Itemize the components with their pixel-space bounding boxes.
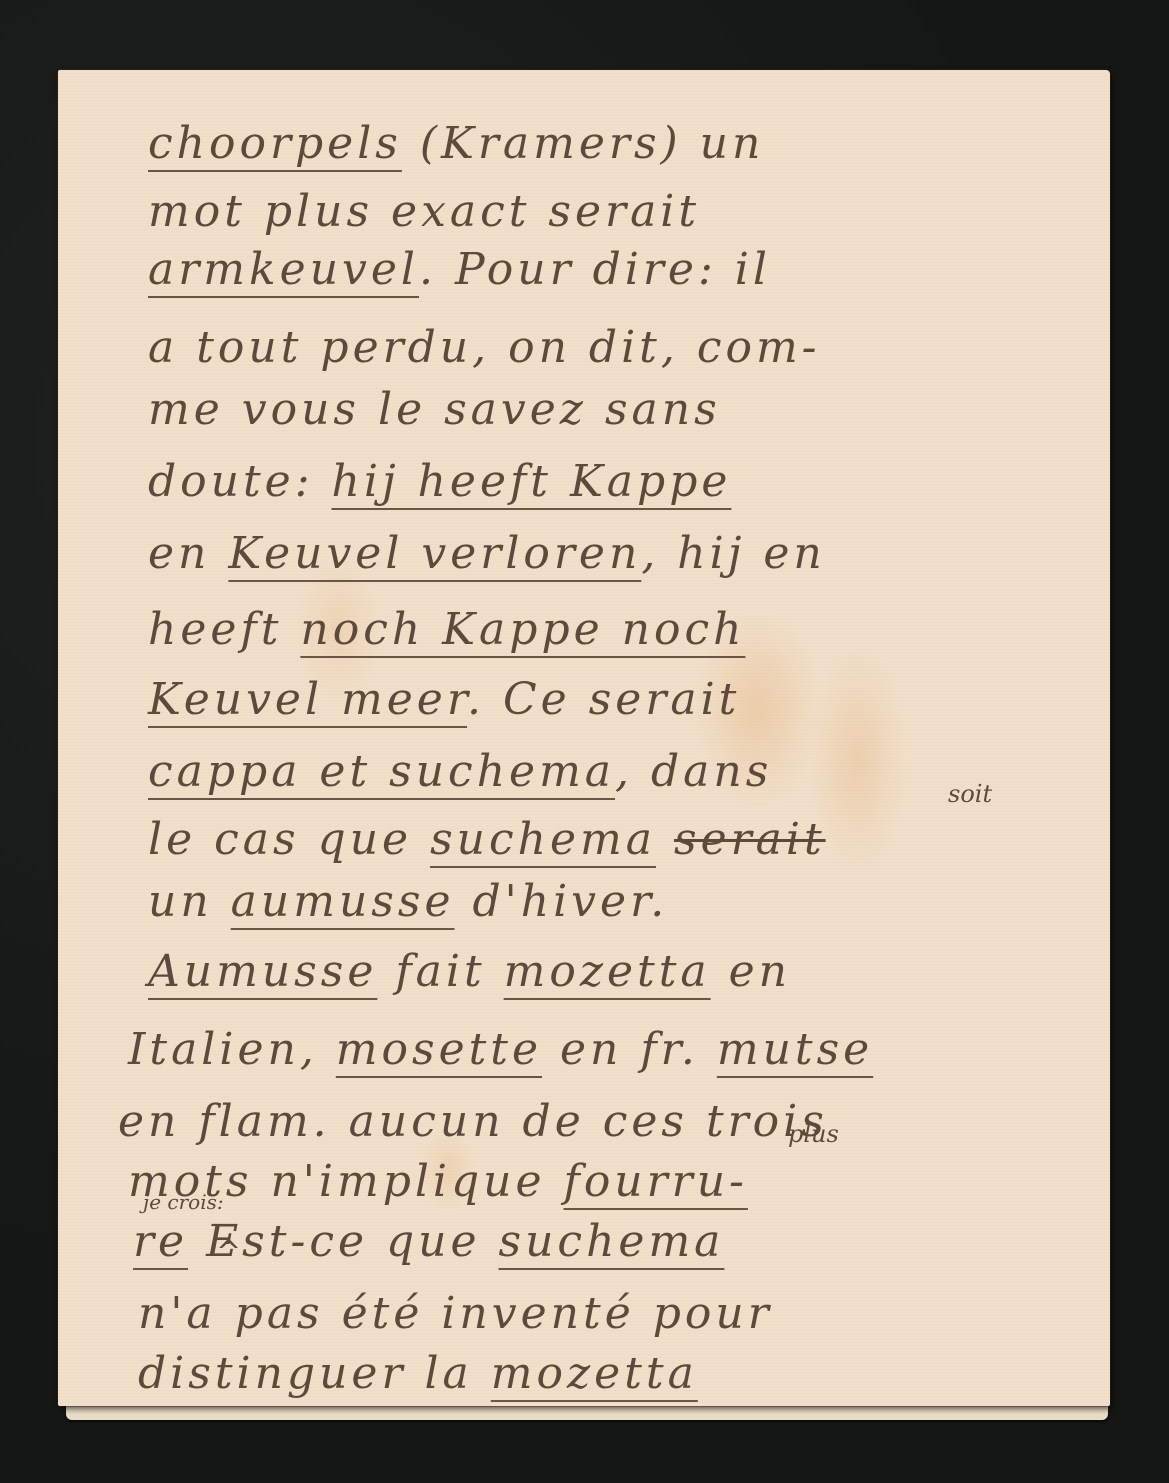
text-line-3: armkeuvel. Pour dire: il <box>148 248 771 292</box>
text-line-10: cappa et suchema, dans <box>148 750 772 794</box>
text-line-11: le cas que suchema serait <box>148 818 826 862</box>
underlined-word: mutse <box>717 1024 873 1075</box>
underlined-word: Aumusse <box>148 946 377 997</box>
text-line-12: un aumusse d'hiver. <box>148 880 668 924</box>
underlined-phrase: Keuvel meer <box>148 674 467 725</box>
underlined-word: mozetta <box>491 1348 698 1399</box>
text-line-1: choorpels (Kramers) un <box>148 122 764 166</box>
underlined-word: fourru- <box>564 1156 748 1207</box>
text-line-13: Aumusse fait mozetta en <box>148 950 791 994</box>
text-line-17: re Est-ce que suchema <box>133 1220 724 1264</box>
underlined-word: mozetta <box>504 946 711 997</box>
text-line-14: Italien, mosette en fr. mutse <box>128 1028 873 1072</box>
insertion-plus: plus <box>788 1120 839 1148</box>
insertion-je-crois: je crois: <box>143 1190 224 1214</box>
underlined-phrase: Keuvel verloren <box>228 528 641 579</box>
underlined-phrase: cappa et suchema <box>148 746 615 797</box>
text-line-4: a tout perdu, on dit, com- <box>148 326 821 370</box>
underlined-word: suchema <box>430 814 656 865</box>
text-line-6: doute: hij heeft Kappe <box>148 460 731 504</box>
text-line-2: mot plus exact serait <box>148 190 700 234</box>
underlined-phrase: hij heeft Kappe <box>332 456 732 507</box>
text-line-15: en flam. aucun de ces trois <box>118 1100 828 1144</box>
text-line-19: distinguer la mozetta <box>138 1352 698 1396</box>
text-line-8: heeft noch Kappe noch <box>148 608 745 652</box>
manuscript-page: choorpels (Kramers) un mot plus exact se… <box>58 70 1110 1406</box>
underlined-word: suchema <box>499 1216 725 1267</box>
underlined-word: mosette <box>336 1024 542 1075</box>
underlined-word: choorpels <box>148 118 402 169</box>
text-line-9: Keuvel meer. Ce serait <box>148 678 740 722</box>
underlined-word: re <box>133 1216 188 1267</box>
text-line-7: en Keuvel verloren, hij en <box>148 532 826 576</box>
underlined-phrase: noch Kappe noch <box>300 604 745 655</box>
text-line-18: n'a pas été inventé pour <box>138 1292 773 1336</box>
underlined-word: armkeuvel <box>148 244 419 295</box>
struck-through-word: serait <box>674 814 826 865</box>
underlined-word: aumusse <box>231 876 455 927</box>
text-line-5: me vous le savez sans <box>148 388 721 432</box>
insertion-soit: soit <box>948 780 992 808</box>
